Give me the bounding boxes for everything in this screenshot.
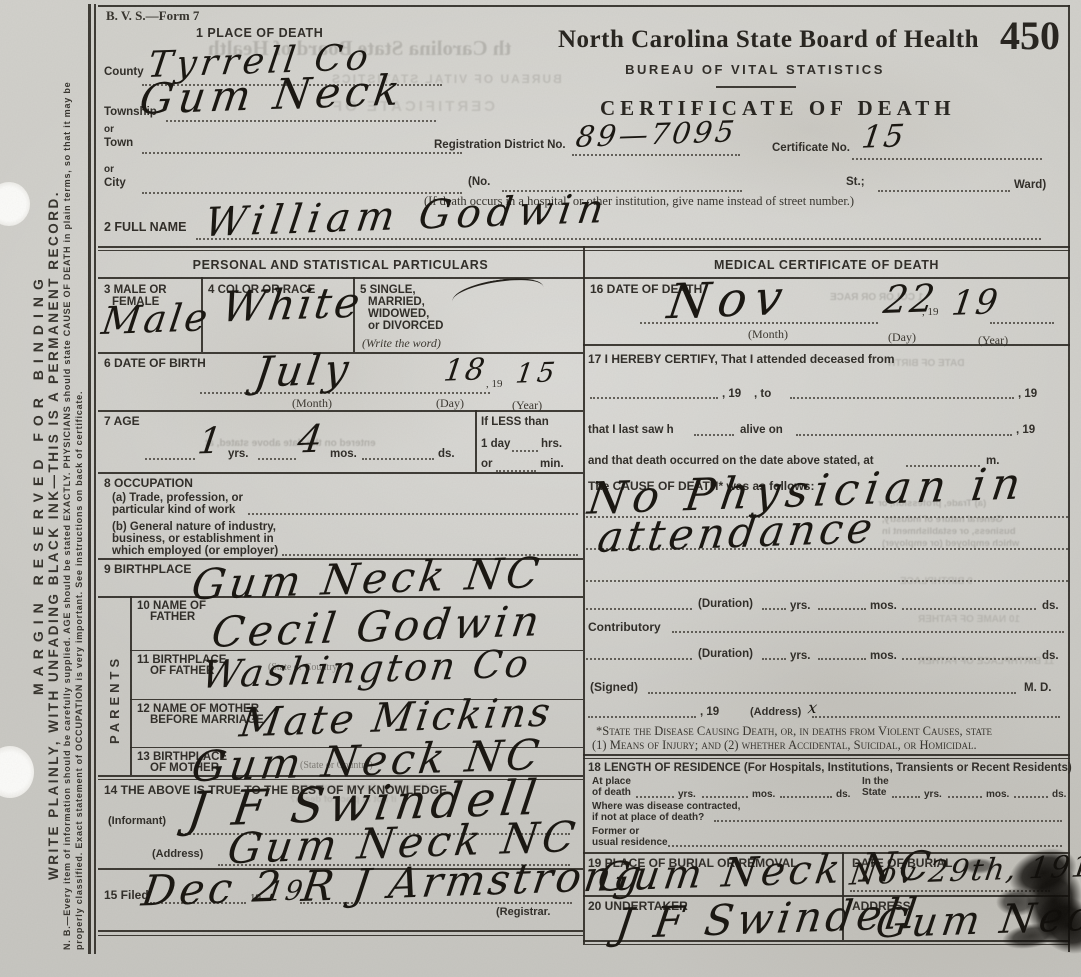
birth-day-caption: (Day) xyxy=(436,396,464,411)
last-saw-dots xyxy=(694,434,734,436)
certificate-no-handwriting: 15 xyxy=(860,121,908,154)
left-column-bottom-rule-2 xyxy=(98,935,583,936)
stray-pen-mark xyxy=(450,273,545,315)
duration2-dots xyxy=(586,658,692,660)
row-rule xyxy=(98,410,583,412)
form-number: B. V. S.—Form 7 xyxy=(106,8,199,24)
contributory-dots xyxy=(672,631,1064,633)
contracted-label-line2: if not at place of death? xyxy=(592,812,704,824)
or-town-label-or: or xyxy=(104,124,114,136)
parents-inner-border xyxy=(130,596,132,775)
scanned-death-certificate: { "meta": { "form_no": "B. V. S.—Form 7"… xyxy=(0,0,1081,977)
occupation-a-line2: particular kind of work xyxy=(112,504,235,518)
board-of-health-title: North Carolina State Board of Health xyxy=(558,26,950,54)
hrs-unit: hrs. xyxy=(541,438,562,452)
duration-dots xyxy=(586,608,692,610)
paper-stain xyxy=(620,560,1040,820)
duration-label: (Duration) xyxy=(698,598,753,612)
cause-footnote-line2: (1) Means of Injury; and (2) whether Acc… xyxy=(592,738,977,753)
length-of-residence-label: 18 LENGTH OF RESIDENCE (For Hospitals, I… xyxy=(588,762,1072,776)
race-handwriting: White xyxy=(219,281,365,328)
one-day-label: 1 day xyxy=(481,438,510,452)
hrs-dots xyxy=(512,450,538,452)
binding-rule xyxy=(94,4,96,954)
form-border-top xyxy=(98,5,1070,7)
duration-yrs-unit: yrs. xyxy=(790,600,810,614)
residence-dots xyxy=(702,796,748,798)
bleedthrough-text: 10 NAME OF FATHER xyxy=(918,614,1020,625)
contracted-dots xyxy=(714,820,1062,822)
age-yrs-unit: yrs. xyxy=(228,448,248,462)
town-line xyxy=(142,152,462,154)
parents-vertical-label: PARENTS xyxy=(107,655,122,744)
full-name-label: 2 FULL NAME xyxy=(104,220,186,235)
bureau-underline xyxy=(716,86,796,88)
ward-label: Ward) xyxy=(1014,179,1046,193)
occupation-b-line3: which employed (or employer) xyxy=(112,545,278,559)
certify-dots xyxy=(790,397,1014,399)
or-city-label-or: or xyxy=(104,164,114,176)
column-divider xyxy=(583,246,585,944)
birth-day-handwriting: 18 xyxy=(442,355,488,387)
row-rule xyxy=(583,344,1070,346)
residence-dots xyxy=(948,796,982,798)
residence-yrs-unit: yrs. xyxy=(678,789,696,801)
signed-dots xyxy=(648,692,1016,694)
min-unit: min. xyxy=(540,458,564,472)
residence-ds-unit: ds. xyxy=(836,789,850,801)
father-name-label-line2: FATHER xyxy=(150,611,195,625)
death-year-handwriting: 19 xyxy=(950,285,1002,321)
sex-handwriting: Male xyxy=(99,298,213,340)
section17-bottom-rule-1 xyxy=(583,754,1070,756)
former-label-line2: usual residence xyxy=(592,837,668,849)
death-day-handwriting: 22 xyxy=(881,279,939,319)
signed-date-dots xyxy=(588,716,696,718)
alive-on-dots xyxy=(796,434,1012,436)
death-year-line xyxy=(990,322,1054,324)
state-yrs-unit: yrs. xyxy=(924,789,942,801)
alive-on-label: alive on xyxy=(740,424,783,438)
ink-blot xyxy=(962,858,996,874)
at-place-label-line2: of death xyxy=(592,787,631,799)
signed-address-label: (Address) xyxy=(750,706,801,719)
medical-section-title: MEDICAL CERTIFICATE OF DEATH xyxy=(583,258,1070,273)
ink-blot xyxy=(996,888,1038,916)
age-months-handwriting: 4 xyxy=(295,419,327,458)
age-dots xyxy=(258,458,296,460)
certify-19-first: , 19 xyxy=(722,388,741,402)
death-month-caption: (Month) xyxy=(748,327,788,342)
certify-to-label: , to xyxy=(754,388,771,402)
header-bottom-rule-1 xyxy=(98,246,1070,248)
registration-district-line xyxy=(572,154,740,156)
state-ds-unit: ds. xyxy=(1052,789,1066,801)
date-of-birth-label: 6 DATE OF BIRTH xyxy=(104,356,206,370)
age-cell-divider xyxy=(475,410,477,472)
certify-dots xyxy=(590,397,718,399)
duration2-dots xyxy=(902,658,1036,660)
duration2-label: (Duration) xyxy=(698,648,753,662)
or-label: or xyxy=(481,458,493,472)
margin-write-plainly-text: WRITE PLAINLY, WITH UNFADING BLACK INK—T… xyxy=(46,190,61,880)
last-saw-label: that I last saw h xyxy=(588,424,674,438)
age-ds-unit: ds. xyxy=(438,448,455,462)
street-label: St.; xyxy=(846,176,865,190)
certificate-no-label: Certificate No. xyxy=(772,142,850,156)
signed-label: (Signed) xyxy=(590,680,638,694)
county-label: County xyxy=(104,66,144,80)
section17-bottom-rule-2 xyxy=(583,758,1070,759)
age-mos-unit: mos. xyxy=(330,448,357,462)
cause-dots xyxy=(586,580,1068,582)
street-line xyxy=(878,190,1010,192)
marital-label-line4: or DIVORCED xyxy=(368,320,443,334)
age-dots xyxy=(145,458,195,460)
duration2-dots xyxy=(818,658,866,660)
certificate-serial-number: 450 xyxy=(1000,12,1060,59)
birth-month-handwriting: July xyxy=(252,348,355,394)
age-years-handwriting: 1 xyxy=(195,423,225,460)
duration2-ds-unit: ds. xyxy=(1042,650,1059,664)
duration-dots xyxy=(762,608,786,610)
street-no-label: (No. xyxy=(468,176,490,190)
duration-dots xyxy=(902,608,1036,610)
age-dots xyxy=(362,458,434,460)
duration-mos-unit: mos. xyxy=(870,600,897,614)
informant-address-label: (Address) xyxy=(152,848,203,861)
bureau-subtitle: BUREAU OF VITAL STATISTICS xyxy=(620,62,890,78)
birth-month-caption: (Month) xyxy=(292,396,332,411)
or-town-label: Town xyxy=(104,137,133,151)
birth-year-printed: , 19 xyxy=(486,378,503,390)
registration-district-label: Registration District No. xyxy=(434,139,566,153)
duration2-mos-unit: mos. xyxy=(870,650,897,664)
full-name-handwriting: William Godwin xyxy=(202,189,612,243)
margin-nb-note-line2: properly classified. Exact statement of … xyxy=(74,391,84,950)
death-day-caption: (Day) xyxy=(888,330,916,345)
md-label: M. D. xyxy=(1024,682,1051,696)
left-column-bottom-rule-1 xyxy=(98,930,583,932)
header-bottom-rule-2 xyxy=(98,250,1070,251)
bleedthrough-text: business, or establishment in xyxy=(882,526,1016,537)
bleedthrough-text: DATE OF BIRTH xyxy=(888,358,964,369)
margin-nb-note-line1: N. B.—Every item of information should b… xyxy=(62,82,72,950)
township-handwriting: Gum Neck xyxy=(137,69,407,120)
death-year-caption: (Year) xyxy=(978,333,1008,348)
cause-of-death-handwriting-line2: attendance xyxy=(595,507,879,559)
duration2-dots xyxy=(762,658,786,660)
duration-dots xyxy=(818,608,866,610)
marital-note: (Write the word) xyxy=(362,336,441,351)
duration2-yrs-unit: yrs. xyxy=(790,650,810,664)
father-birthplace-handwriting: Washington Co xyxy=(199,644,533,694)
birthplace-label: 9 BIRTHPLACE xyxy=(104,562,191,576)
in-the-label-line2: State xyxy=(862,787,886,799)
residence-dots xyxy=(636,796,674,798)
personal-section-title: PERSONAL AND STATISTICAL PARTICULARS xyxy=(98,258,583,273)
informant-label: (Informant) xyxy=(108,815,166,828)
punch-hole xyxy=(0,746,34,798)
residence-dots xyxy=(1014,796,1048,798)
hereby-certify-label: 17 I HEREBY CERTIFY, That I attended dec… xyxy=(588,352,895,366)
signed-date-19: , 19 xyxy=(700,706,719,720)
registration-district-handwriting: 89—7095 xyxy=(574,117,739,152)
certify-19-second: , 19 xyxy=(1018,388,1037,402)
state-mos-unit: mos. xyxy=(986,789,1009,801)
age-label: 7 AGE xyxy=(104,414,140,428)
row-rule xyxy=(98,472,583,474)
binding-rule xyxy=(88,4,91,954)
if-less-than-label: If LESS than xyxy=(481,416,549,430)
certify-19-third: , 19 xyxy=(1016,424,1035,438)
cause-footnote-line1: *State the Disease Causing Death, or, in… xyxy=(596,724,992,739)
duration-ds-unit: ds. xyxy=(1042,600,1059,614)
residence-dots xyxy=(780,796,832,798)
contributory-label: Contributory xyxy=(588,620,661,634)
punch-hole xyxy=(0,182,30,226)
registrar-label: (Registrar. xyxy=(496,906,550,919)
margin-binding-text: MARGIN RESERVED FOR BINDING xyxy=(30,272,46,695)
occupation-label: 8 OCCUPATION xyxy=(104,476,193,490)
or-city-label: City xyxy=(104,177,126,191)
signed-address-dots xyxy=(812,716,1060,718)
form-border-right xyxy=(1068,5,1070,952)
occupation-a-dots xyxy=(248,513,578,515)
birth-year-handwriting: 15 xyxy=(514,359,560,388)
death-month-handwriting: Nov xyxy=(665,274,794,327)
signed-address-mark-handwriting: x xyxy=(807,700,820,716)
certificate-no-line xyxy=(852,158,1042,160)
residence-mos-unit: mos. xyxy=(752,789,775,801)
residence-dots xyxy=(892,796,920,798)
